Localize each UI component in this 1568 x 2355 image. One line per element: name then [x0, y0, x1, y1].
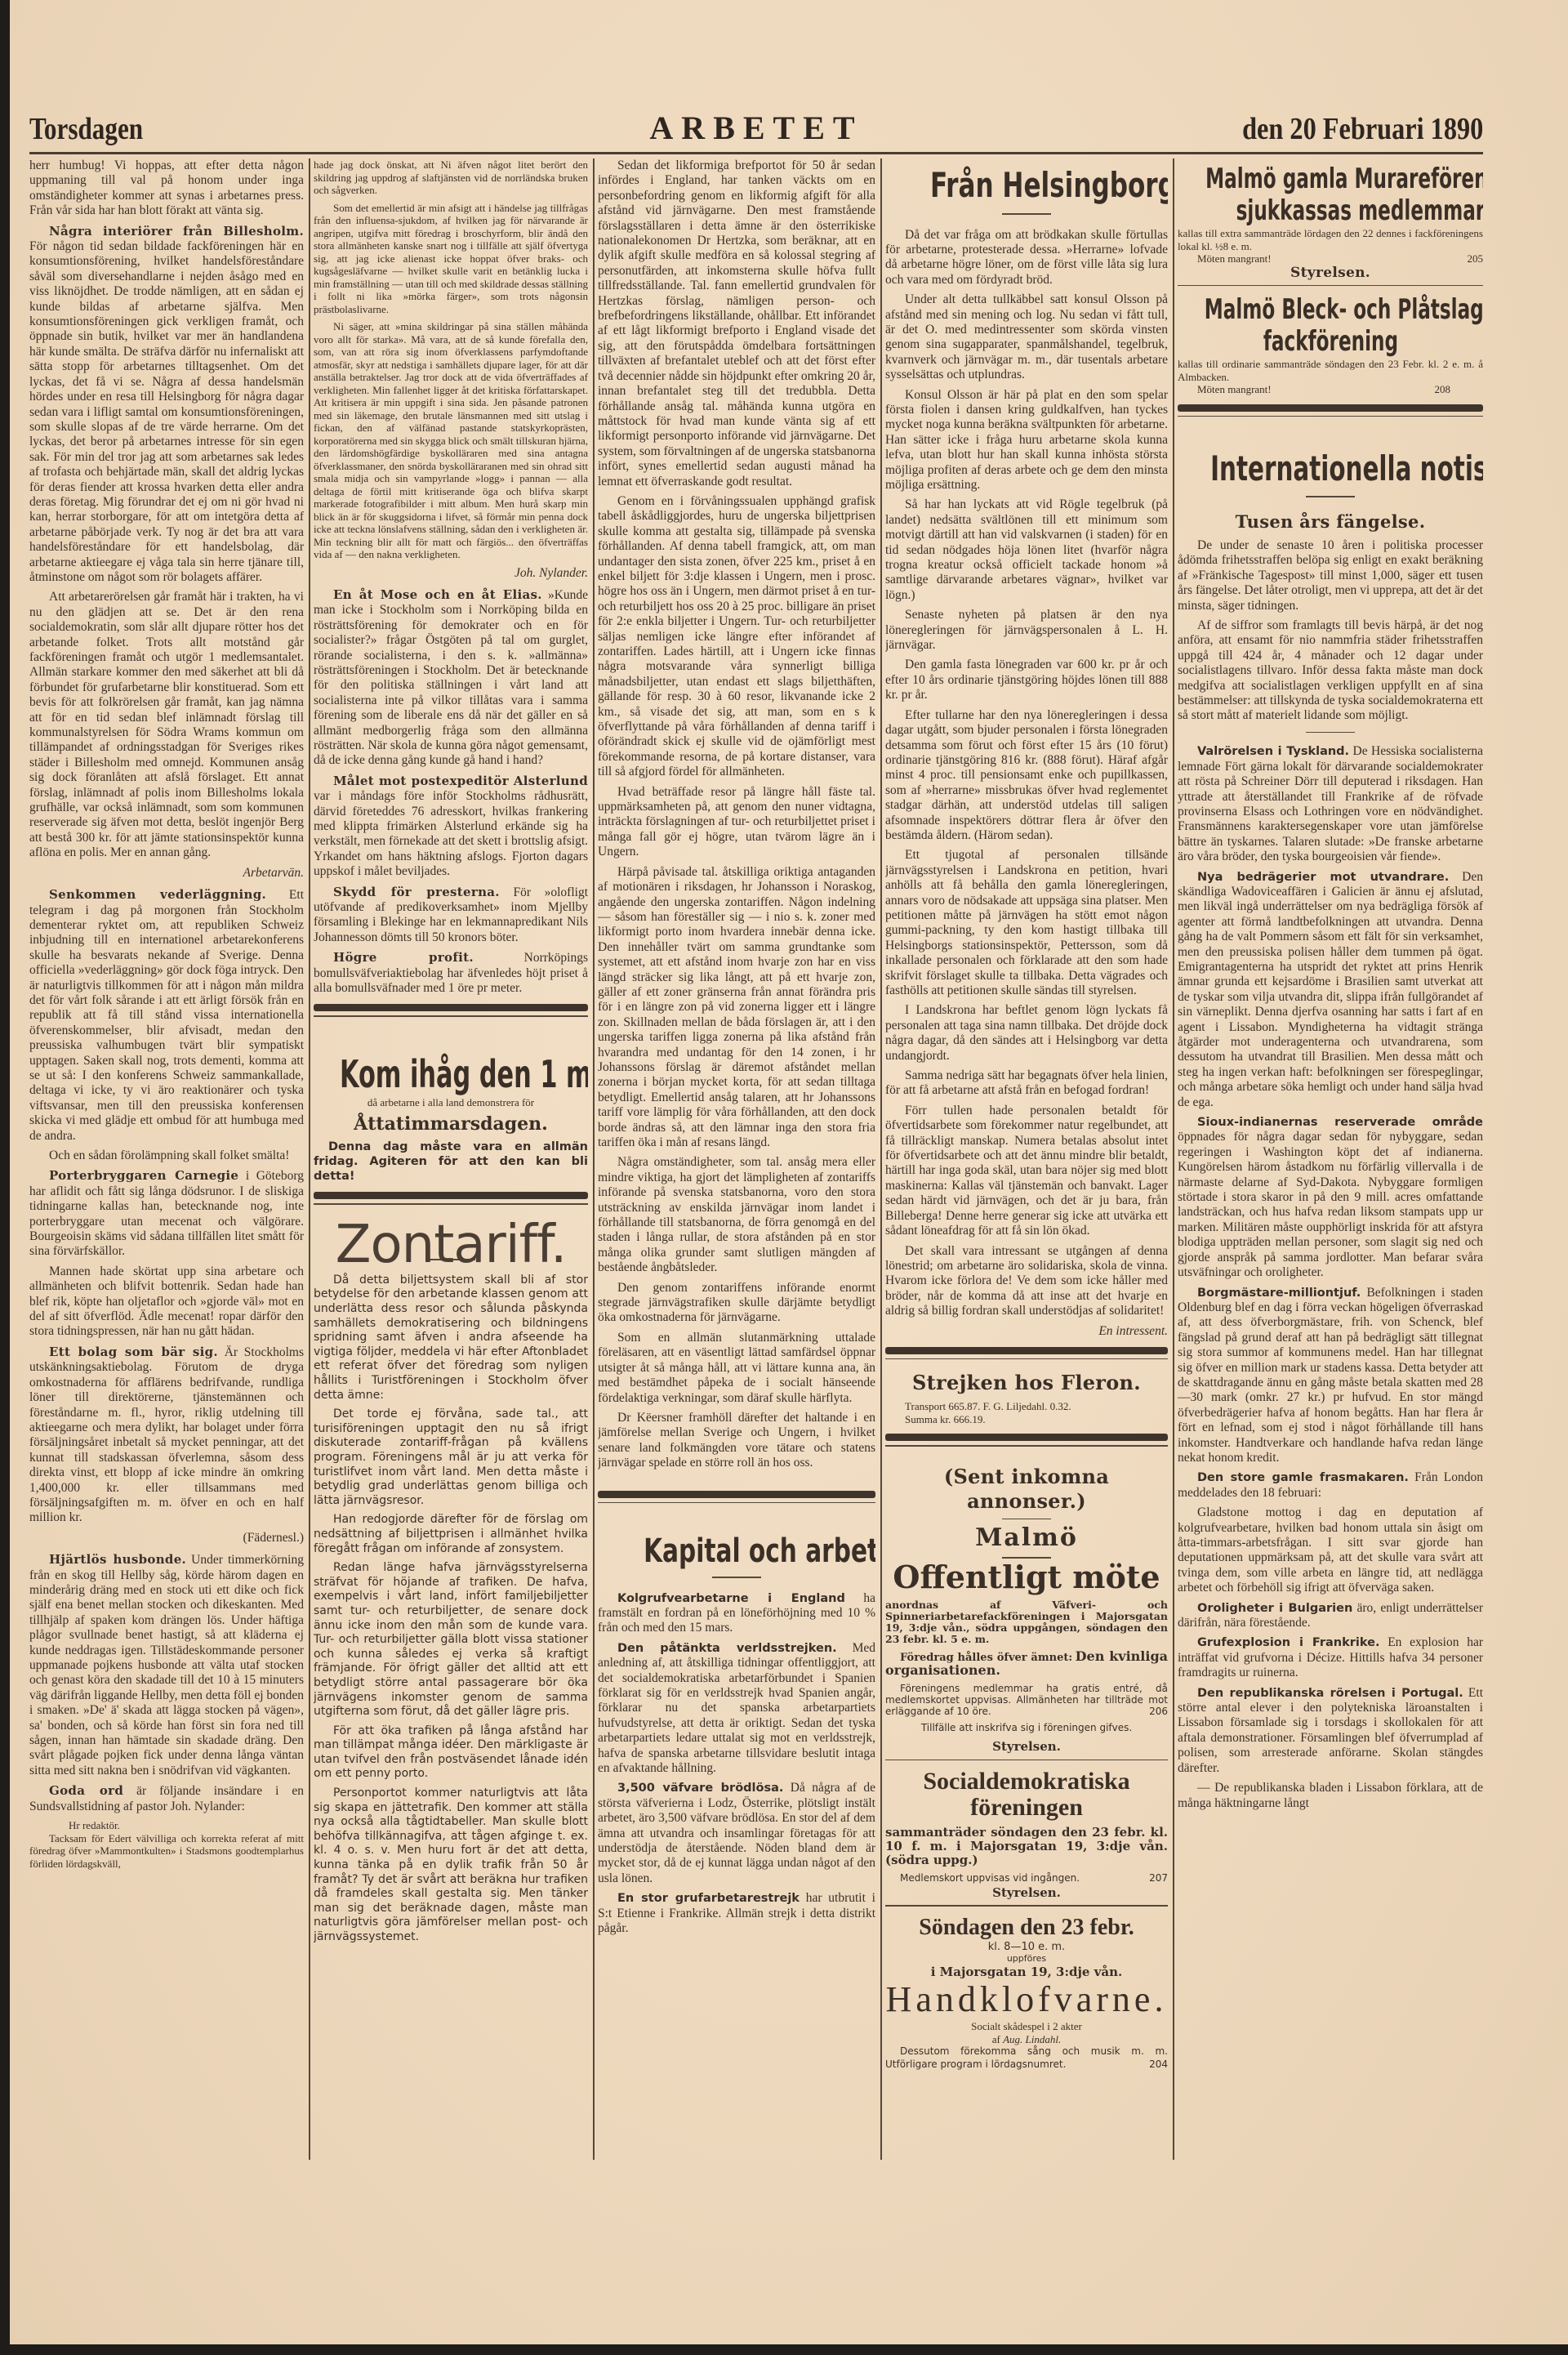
article-lead: Oroligheter i Bulgarien	[1197, 1602, 1352, 1615]
section-rule	[314, 1192, 588, 1199]
ad-call: Möten mangrant!208	[1178, 383, 1483, 396]
section-rule	[885, 1434, 1168, 1441]
intl-title: Internationella notiser	[1210, 449, 1483, 488]
section-rule	[598, 1491, 875, 1498]
title-rule	[1002, 1519, 1051, 1520]
column-divider	[593, 158, 595, 2160]
article-body: Befolkningen i staden Oldenburg blef en …	[1178, 1286, 1483, 1465]
article-body: Han redogjorde därefter för de förslag o…	[314, 1513, 588, 1556]
section-rule	[1178, 416, 1483, 417]
section-rule	[314, 1203, 588, 1205]
column-3: Sedan det likformiga brefportot för 50 å…	[598, 158, 875, 2160]
may-day-headline: Kom ihåg den 1 maj 1890	[340, 1053, 588, 1095]
article-carnegie: Porterbryggaren Carnegie i Göteborg har …	[29, 1168, 304, 1259]
section-rule	[885, 1358, 1168, 1360]
section-rule	[314, 1015, 588, 1017]
article-signature: Arbetarvän.	[29, 866, 304, 881]
page-edge	[10, 2344, 1568, 2355]
ad-body: anordnas af Väfveri- och Spinneriarbetar…	[885, 1599, 1168, 1645]
ad-headline: Socialdemokratiska	[885, 1768, 1168, 1795]
zontariff-title: Zontariff.	[314, 1238, 588, 1252]
article-body: Förr tullen hade personalen betaldt för …	[885, 1104, 1168, 1239]
article-body: Under timmerkörning från en skog till He…	[29, 1553, 304, 1777]
ad-extra-text: Dessutom förekomma sång och musik m. m. …	[885, 2045, 1168, 2070]
article-body: Konsul Olsson är här på plat en den som …	[885, 388, 1168, 493]
ad-note-text: Medlemskort uppvisas vid ingången.	[900, 1872, 1080, 1884]
article-lead: Ett bolag som bär sig.	[49, 1345, 218, 1359]
article-body: Den skändliga Wadoviceaffären i Galicien…	[1178, 870, 1483, 1109]
article-hogre: Högre profit. Norrköpings bomullsväfveri…	[314, 950, 588, 996]
masthead-rule	[29, 152, 1483, 154]
article-body: Så har han lyckats att vid Rögle tegelbr…	[885, 497, 1168, 603]
article-goda-ord: Goda ord är följande insändare i en Sund…	[29, 1783, 304, 1814]
section-rule	[598, 1502, 875, 1504]
article-body: I Landskrona har beftlet genom lögn lyck…	[885, 1003, 1168, 1064]
article-lead: Skydd för presterna.	[333, 885, 500, 899]
column-divider	[880, 158, 882, 2160]
column-5: Malmö gamla Murareförenings sjukkassas m…	[1178, 158, 1483, 2160]
ad-body: kallas till extra sammanträde lördagen d…	[1178, 227, 1483, 252]
kapital-item: En stor grufarbetarestrejk har utbrutit …	[598, 1891, 875, 1936]
article-body: Ett tjugotal af personalen tillsände jär…	[885, 848, 1168, 998]
ad-time: kl. 8—10 e. m.	[885, 1941, 1168, 1953]
article-body: Ett telegram i dag på morgonen från Stoc…	[29, 888, 304, 1143]
ad-body: sammanträder söndagen den 23 febr. kl. 1…	[885, 1826, 1168, 1867]
section-rule	[314, 1004, 588, 1011]
article-body: De Hessiska socialisterna lemnade Fört g…	[1178, 744, 1483, 863]
tusen-title: Tusen års fängelse.	[1178, 511, 1483, 533]
article-body: Genom en i förvåningssualen upphängd gra…	[598, 494, 875, 780]
may-day-sub: då arbetarne i alla land demonstrera för	[314, 1096, 588, 1109]
kapital-title: Kapital och arbete.	[644, 1532, 875, 1570]
article-lead: Hjärtlös husbonde.	[49, 1552, 186, 1567]
article-body: Det torde ej förvåna, sade tal., att tur…	[314, 1407, 588, 1508]
helsingborg-title: Från Helsingborg.	[930, 165, 1168, 206]
article-lead: Sioux-indianernas reserverade område	[1197, 1116, 1483, 1129]
ad-call: Möten mangrant!205	[1178, 252, 1483, 265]
title-rule	[1306, 732, 1355, 734]
ad-staged: uppföres	[885, 1953, 1168, 1965]
kapital-item: Den påtänkta verldsstrejken. Med anledni…	[598, 1641, 875, 1777]
ad-bleck: Malmö Bleck- och Plåtslagare- fackföreni…	[1178, 294, 1483, 396]
article-body: Det skall vara intressant se utgången af…	[885, 1244, 1168, 1319]
article-body: Då det var fråga om att brödkakan skulle…	[885, 228, 1168, 288]
ad-number: 204	[1134, 2058, 1168, 2072]
letter-body: Ni säger, att »mina skildringar på sina …	[314, 320, 588, 561]
ad-number: 206	[1134, 1706, 1168, 1717]
letter-signature: Joh. Nylander.	[314, 566, 588, 581]
letter-body: hade jag dock önskat, att Ni äfven något…	[314, 158, 588, 197]
ad-number: 208	[1415, 383, 1451, 396]
article-body: var i måndags före inför Stockholms rådh…	[314, 789, 588, 878]
article-body: Att arbetarerörelsen går framåt här i tr…	[29, 590, 304, 860]
may-day-topic: Åttatimmarsdagen.	[314, 1113, 588, 1135]
ad-signature: Styrelsen.	[885, 1885, 1168, 1900]
article-body: Då detta biljettsystem skall bli af stor…	[314, 1273, 588, 1403]
ad-play-title: Handklofvarne.	[885, 1979, 1168, 2020]
fleron-line: Transport 665.87. F. G. Liljedahl. 0.32.	[885, 1400, 1168, 1413]
ad-headline: Malmö Bleck- och Plåtslagare-	[1205, 294, 1483, 325]
ad-note: Medlemskort uppvisas vid ingången.207	[885, 1872, 1168, 1885]
article-body: Samma nedriga sätt har begagnats öfver h…	[885, 1068, 1168, 1099]
article-billesholm: Några interiörer från Billesholm. För nå…	[29, 224, 304, 586]
article-lead: En stor grufarbetarestrejk	[617, 1892, 800, 1905]
article-body: Efter tullarne har den nya lönereglering…	[885, 708, 1168, 844]
title-rule	[1002, 213, 1051, 215]
article-lead: Några interiörer från Billesholm.	[49, 224, 304, 239]
fleron-title: Strejken hos Fleron.	[885, 1371, 1168, 1395]
column-4: Från Helsingborg. Då det var fråga om at…	[885, 158, 1168, 2160]
ad-headline: Malmö gamla Murareförenings	[1205, 163, 1483, 194]
article-body: Mannen hade skörtat upp sina arbetare oc…	[29, 1264, 304, 1340]
article-body: Gladstone mottog i dag en deputation af …	[1178, 1505, 1483, 1595]
article-bolag: Ett bolag som bär sig. Är Stockholms uts…	[29, 1345, 304, 1526]
ad-offentligt-mote: Offentligt möte anordnas af Väfveri- och…	[885, 1557, 1168, 1754]
article-body: De under de senaste 10 åren i politiska …	[1178, 538, 1483, 613]
article-lead: Målet mot postexpeditör Alsterlund	[333, 774, 588, 788]
article-lead: Den påtänkta verldsstrejken.	[617, 1642, 837, 1655]
column-2: hade jag dock önskat, att Ni äfven något…	[314, 158, 588, 2160]
ad-signature: Styrelsen.	[1178, 265, 1483, 280]
letter-body: Tacksam för Edert välvilliga och korrekt…	[29, 1832, 304, 1871]
ad-headline: fackförening	[1263, 326, 1397, 357]
intl-item: Valrörelsen i Tyskland. De Hessiska soci…	[1178, 744, 1483, 864]
article-source: (Fädernesl.)	[29, 1531, 304, 1545]
article-body: Härpå påvisade tal. åtskilliga oriktiga …	[598, 865, 875, 1151]
ad-murare: Malmö gamla Murareförenings sjukkassas m…	[1178, 163, 1483, 280]
article-body: Dr Këersner framhöll därefter det haltan…	[598, 1411, 875, 1471]
article-body: »Kunde man icke i Stockholm som i Norrkö…	[314, 588, 588, 767]
article-body: Sedan det likformiga brefportot för 50 å…	[598, 158, 875, 489]
newspaper-page: Torsdagen ARBETET den 20 Februari 1890 h…	[10, 0, 1568, 2355]
may-day-call: Denna dag måste vara en allmän fridag. A…	[314, 1140, 588, 1184]
article-body: Redan länge hafva järnvägsstyrelserna st…	[314, 1561, 588, 1719]
article-lead: Senkommen vederläggning.	[49, 887, 266, 902]
masthead-date: den 20 Februari 1890	[1242, 111, 1483, 147]
article-lead: En åt Mose och en åt Elias.	[333, 587, 542, 602]
ad-headline: sjukkassas medlemmar	[1236, 195, 1483, 226]
ad-members: Föreningens medlemmar ha gratis entré, d…	[885, 1683, 1168, 1717]
title-rule	[1306, 496, 1355, 497]
article-skydd: Skydd för presterna. För »olofligt utöfv…	[314, 885, 588, 946]
article-body: För att öka trafiken på långa afstånd ha…	[314, 1724, 588, 1782]
ad-genre: Socialt skådespel i 2 akter	[885, 2020, 1168, 2033]
late-ads-city: Malmö	[885, 1524, 1168, 1552]
letter-salutation: Hr redaktör.	[29, 1819, 304, 1832]
article-lead: 3,500 väfvare brödlösa.	[617, 1782, 783, 1795]
article-lead: Goda ord	[49, 1783, 123, 1798]
article-lead: Kolgrufvearbetarne i England	[617, 1592, 845, 1605]
intl-item: Grufexplosion i Frankrike. En explosion …	[1178, 1635, 1483, 1680]
kapital-item: 3,500 väfvare brödlösa. Då några af de s…	[598, 1781, 875, 1886]
article-body: öppnades för några dagar sedan för nybyg…	[1178, 1130, 1483, 1279]
intl-item: Borgmästare-milliontjuf. Befolkningen i …	[1178, 1286, 1483, 1466]
ad-headline: Offentligt möte	[885, 1560, 1168, 1595]
ad-number: 207	[1134, 1872, 1168, 1885]
ad-rule	[1178, 285, 1483, 287]
article-body: Några omständigheter, som tal. ansåg mer…	[598, 1155, 875, 1275]
article-body: Af de siffror som framlagts till bevis h…	[1178, 618, 1483, 724]
article-body: Och en sådan förolämpning skall folket s…	[29, 1149, 304, 1163]
article-mose: En åt Mose och en åt Elias. »Kunde man i…	[314, 587, 588, 769]
intl-item: Den republikanska rörelsen i Portugal. E…	[1178, 1686, 1483, 1776]
ad-place: i Majorsgatan 19, 3:dje vån.	[885, 1965, 1168, 1979]
ad-members-text: Föreningens medlemmar ha gratis entré, d…	[885, 1683, 1168, 1717]
section-rule	[885, 1347, 1168, 1354]
masthead: Torsdagen ARBETET den 20 Februari 1890	[29, 106, 1483, 147]
article-lead: Nya bedrägerier mot utvandrare.	[1197, 871, 1449, 884]
section-rule	[1178, 404, 1483, 412]
article-body: — De republikanska bladen i Lissabon för…	[1178, 1781, 1483, 1811]
ad-join: Tillfälle att inskrifva sig i föreningen…	[885, 1722, 1168, 1735]
article-body: Som en allmän slutanmärkning uttalade fö…	[598, 1331, 875, 1406]
ad-headline: föreningen	[885, 1795, 1168, 1821]
ad-extra: Dessutom förekomma sång och musik m. m. …	[885, 2045, 1168, 2071]
column-1: herr humbug! Vi hoppas, att efter detta …	[29, 158, 304, 2160]
article-body: Hvad beträffade resor på längre håll fäs…	[598, 785, 875, 860]
ad-signature: Styrelsen.	[885, 1739, 1168, 1754]
ad-number: 205	[1448, 252, 1484, 265]
letter-body: Som det emellertid är min afsigt att i h…	[314, 202, 588, 316]
article-lead: Borgmästare-milliontjuf.	[1197, 1287, 1361, 1300]
article-hjartlos: Hjärtlös husbonde. Under timmerkörning f…	[29, 1552, 304, 1778]
intl-item: Den store gamle frasmakaren. Från London…	[1178, 1470, 1483, 1501]
article-body: Under alt detta tullkäbbel satt konsul O…	[885, 292, 1168, 382]
intl-item: Sioux-indianernas reserverade område öpp…	[1178, 1115, 1483, 1280]
ad-body: kallas till ordinarie sammanträde söndag…	[1178, 358, 1483, 383]
intl-item: Oroligheter i Bulgarien äro, enligt unde…	[1178, 1601, 1483, 1631]
article-lead: Den store gamle frasmakaren.	[1197, 1471, 1409, 1484]
article-lead: Högre profit.	[333, 950, 474, 965]
article-signature: En intressent.	[885, 1324, 1168, 1339]
intl-item: Nya bedrägerier mot utvandrare. Den skän…	[1178, 870, 1483, 1111]
ad-author: af Aug. Lindahl.	[885, 2033, 1168, 2046]
ad-call-text: Möten mangrant!	[1197, 383, 1272, 395]
masthead-day: Torsdagen	[29, 111, 143, 147]
ad-handklofvarne: Söndagen den 23 febr. kl. 8—10 e. m. upp…	[885, 1915, 1168, 2071]
ad-topic: Föredrag hålles öfver ämnet: Den kvinlig…	[885, 1650, 1168, 1678]
ad-socialdemokratiska: Socialdemokratiska föreningen sammanträd…	[885, 1768, 1168, 1900]
ad-call-text: Möten mangrant!	[1197, 252, 1272, 265]
may-day-notice: Kom ihåg den 1 maj 1890 då arbetarne i a…	[314, 1053, 588, 1184]
ad-author-name: Aug. Lindahl.	[1003, 2033, 1061, 2045]
article-body: Den genom zontariffens införande enormt …	[598, 1281, 875, 1326]
article-body: Den gamla fasta lönegraden var 600 kr. p…	[885, 658, 1168, 702]
article-body: Med anledning af, att åtskilliga tidning…	[598, 1641, 875, 1775]
article-lead: Porterbryggaren Carnegie	[49, 1168, 238, 1183]
article-lead: Den republikanska rörelsen i Portugal.	[1197, 1687, 1463, 1700]
ad-rule	[885, 1905, 1168, 1907]
title-rule	[712, 1577, 761, 1578]
ad-author-prefix: af	[992, 2033, 1000, 2045]
article-lead: Grufexplosion i Frankrike.	[1197, 1636, 1379, 1649]
late-ads-title: (Sent inkomna annonser.)	[885, 1465, 1168, 1514]
article-body: Personportot kommer naturligtvis att låt…	[314, 1786, 588, 1945]
article-intro: herr humbug! Vi hoppas, att efter detta …	[29, 158, 304, 219]
article-senkommen: Senkommen vederläggning. Ett telegram i …	[29, 887, 304, 1144]
kapital-item: Kolgrufvearbetarne i England ha framstäl…	[598, 1591, 875, 1636]
article-body: För någon tid sedan bildade fackförening…	[29, 239, 304, 584]
masthead-title: ARBETET	[649, 109, 862, 147]
article-body: Då några af de största väfverierna i Lod…	[598, 1781, 875, 1884]
section-rule	[885, 1445, 1168, 1447]
fleron-sum: Summa kr. 666.19.	[885, 1413, 1168, 1426]
ad-rule	[885, 1760, 1168, 1761]
article-lead: Valrörelsen i Tyskland.	[1197, 745, 1349, 758]
ad-headline: Söndagen den 23 febr.	[885, 1915, 1168, 1941]
column-divider	[309, 158, 310, 2160]
article-body: Är Stockholms utskänkningsaktiebolag. Fö…	[29, 1345, 304, 1524]
column-divider	[1173, 158, 1174, 2160]
article-alsterlund: Målet mot postexpeditör Alsterlund var i…	[314, 774, 588, 880]
article-body: Senaste nyheten på platsen är den nya lö…	[885, 608, 1168, 653]
